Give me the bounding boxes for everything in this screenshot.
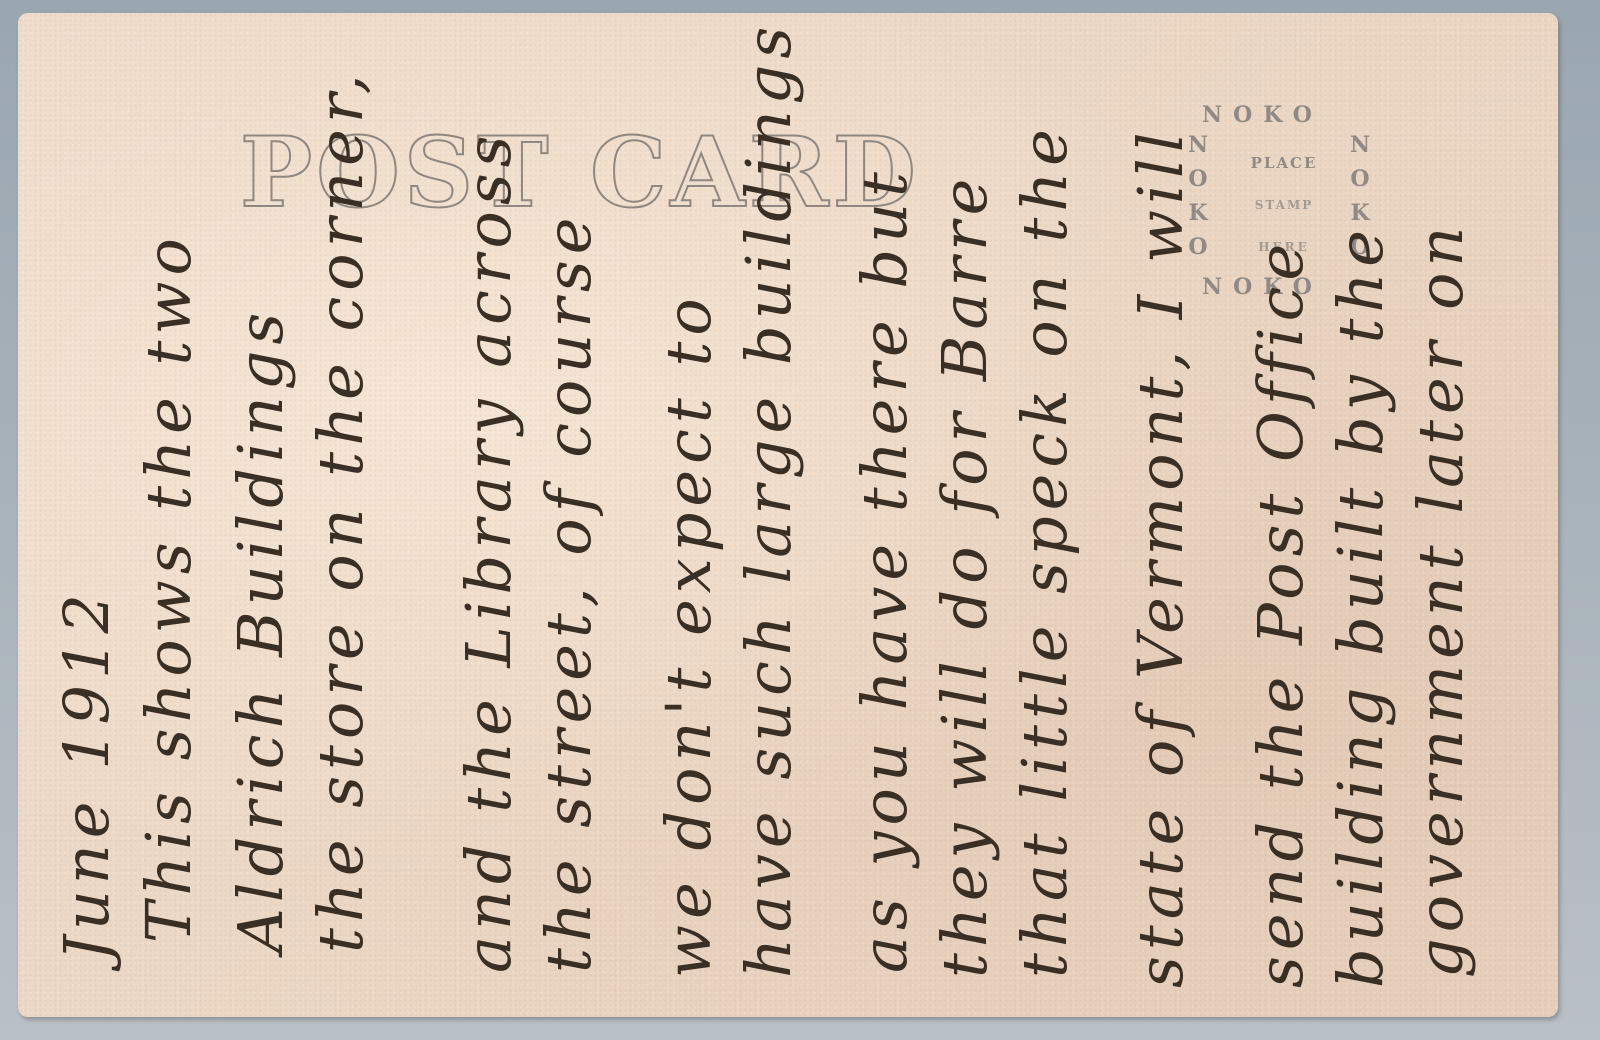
message-line: June 1912 bbox=[56, 588, 118, 961]
message-line: the store on the corner, bbox=[310, 69, 372, 953]
message-line: they will do for Barre bbox=[934, 173, 996, 978]
message-line: as you have there but bbox=[854, 166, 916, 973]
message-line: that little speck on the bbox=[1014, 123, 1076, 978]
message-line: building built by the bbox=[1330, 224, 1392, 988]
message-line: and the Library across bbox=[458, 130, 520, 974]
handwritten-message: June 1912 This shows the two Aldrich Bui… bbox=[18, 13, 1558, 1017]
message-line: This shows the two bbox=[138, 232, 200, 943]
message-line: the street, of course bbox=[538, 212, 600, 973]
message-line: state of Vermont, I will bbox=[1130, 126, 1192, 988]
message-line: we don't expect to bbox=[658, 292, 720, 978]
message-line: send the Post Office bbox=[1250, 238, 1312, 988]
message-line: Aldrich Buildings bbox=[230, 307, 292, 953]
message-line: have such large buildings bbox=[738, 21, 800, 978]
postcard-back: POST CARD NOKO N O K O N O K O PLACE STA… bbox=[18, 13, 1558, 1017]
message-line: government later on bbox=[1410, 221, 1472, 978]
